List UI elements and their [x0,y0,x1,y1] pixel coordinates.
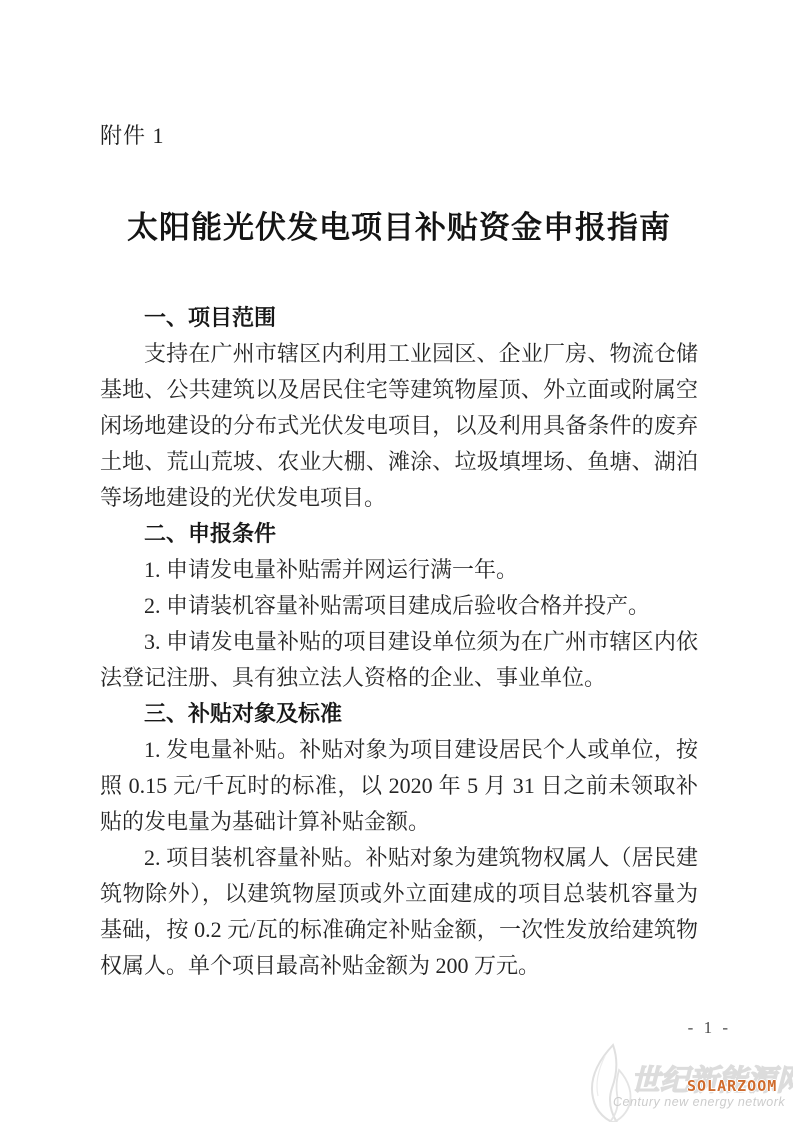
watermark: 世纪新能源网 SOLARZOOM Century new energy netw… [583,1040,793,1122]
watermark-en-text: Century new energy network [613,1095,785,1109]
document-page: 附件 1 太阳能光伏发电项目补贴资金申报指南 一、项目范围 支持在广州市辖区内利… [0,0,793,1122]
section-heading: 三、补贴对象及标准 [100,696,698,732]
watermark-brand-text: SOLARZOOM [687,1077,777,1095]
section-heading: 一、项目范围 [100,300,698,336]
section-project-scope: 一、项目范围 支持在广州市辖区内利用工业园区、企业厂房、物流仓储基地、公共建筑以… [100,300,698,516]
attachment-label: 附件 1 [100,122,698,150]
paragraph: 1. 发电量补贴。补贴对象为项目建设居民个人或单位，按照 0.15 元/千瓦时的… [100,732,698,840]
document-title: 太阳能光伏发电项目补贴资金申报指南 [100,206,698,250]
section-heading: 二、申报条件 [100,516,698,552]
paragraph: 2. 项目装机容量补贴。补贴对象为建筑物权属人（居民建筑物除外），以建筑物屋顶或… [100,840,698,984]
watermark-cn-text: 世纪新能源网 [631,1058,793,1099]
flame-icon [585,1042,635,1122]
paragraph: 3. 申请发电量补贴的项目建设单位须为在广州市辖区内依法登记注册、具有独立法人资… [100,624,698,696]
document-content: 附件 1 太阳能光伏发电项目补贴资金申报指南 一、项目范围 支持在广州市辖区内利… [100,122,698,984]
paragraph: 支持在广州市辖区内利用工业园区、企业厂房、物流仓储基地、公共建筑以及居民住宅等建… [100,336,698,516]
document-body: 一、项目范围 支持在广州市辖区内利用工业园区、企业厂房、物流仓储基地、公共建筑以… [100,300,698,984]
section-subsidy-targets-standards: 三、补贴对象及标准 1. 发电量补贴。补贴对象为项目建设居民个人或单位，按照 0… [100,696,698,984]
page-number: - 1 - [688,1018,731,1038]
paragraph: 1. 申请发电量补贴需并网运行满一年。 [100,552,698,588]
paragraph: 2. 申请装机容量补贴需项目建成后验收合格并投产。 [100,588,698,624]
section-application-conditions: 二、申报条件 1. 申请发电量补贴需并网运行满一年。 2. 申请装机容量补贴需项… [100,516,698,696]
